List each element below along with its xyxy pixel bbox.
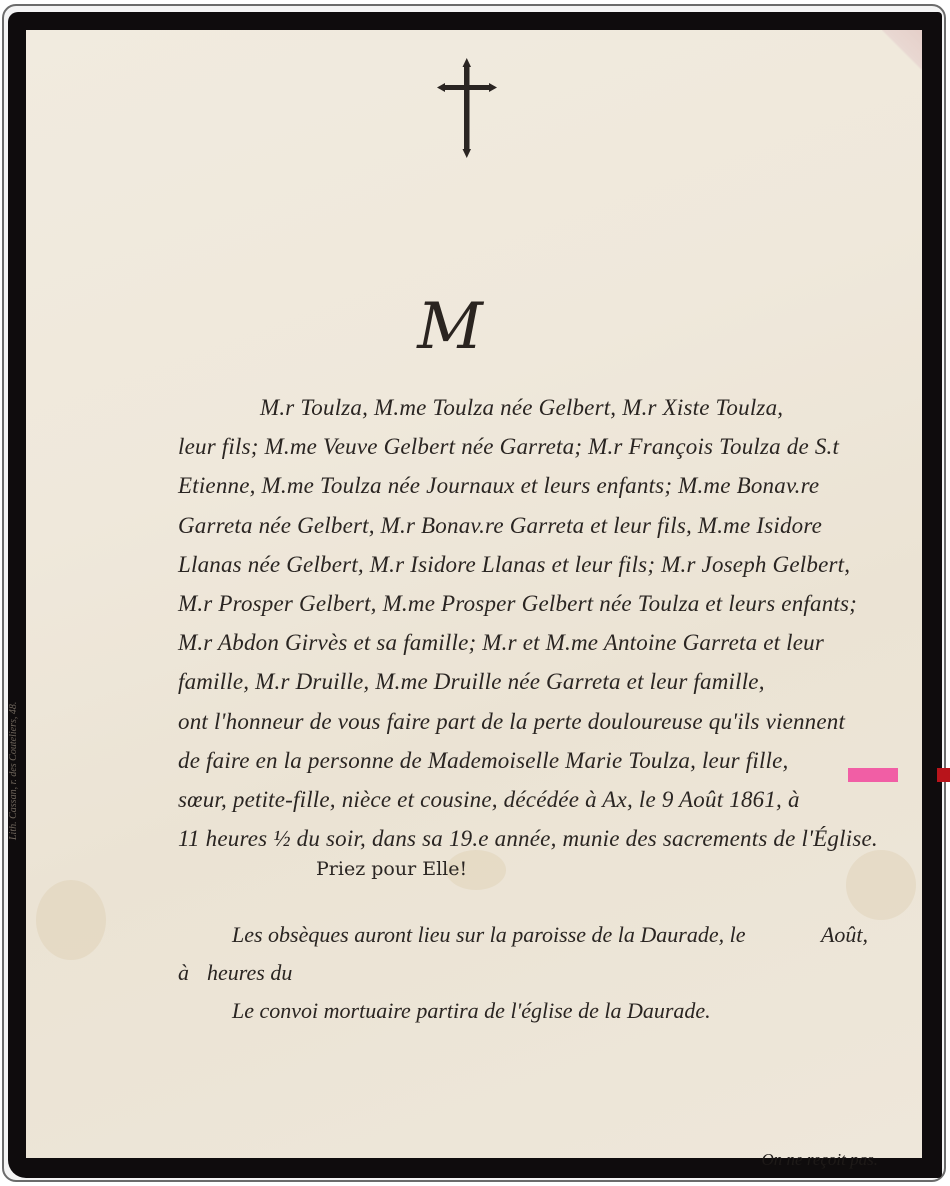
body-line: Garreta née Gelbert, M.r Bonav.re Garret… [178, 506, 878, 545]
funeral-details: Les obsèques auront lieu sur la paroisse… [178, 916, 868, 1030]
printer-imprint: Lith. Cassan, r. des Couteliers, 48. [8, 660, 28, 840]
body-line: Llanas née Gelbert, M.r Isidore Llanas e… [178, 545, 878, 584]
body-line: M.r Abdon Girvès et sa famille; M.r et M… [178, 623, 878, 662]
paper-stain [846, 850, 916, 920]
funeral-line-2: à heures du [178, 954, 868, 992]
pink-highlight-mark [848, 768, 898, 782]
monogram-m: M [390, 292, 510, 362]
funeral-month: Août, [821, 916, 868, 954]
paper-stain [36, 880, 106, 960]
body-line: Etienne, M.me Toulza née Journaux et leu… [178, 466, 878, 505]
funeral-line-1: Les obsèques auront lieu sur la paroisse… [178, 916, 868, 954]
notice-body: M.r Toulza, M.me Toulza née Gelbert, M.r… [178, 388, 878, 858]
body-line: 11 heures ½ du soir, dans sa 19.e année,… [178, 819, 878, 858]
funeral-hours: heures du [207, 954, 292, 992]
red-edge-mark [937, 768, 950, 782]
funeral-at: à [178, 954, 189, 992]
body-line: sœur, petite-fille, nièce et cousine, dé… [178, 780, 878, 819]
body-line: leur fils; M.me Veuve Gelbert née Garret… [178, 427, 878, 466]
body-line: de faire en la personne de Mademoiselle … [178, 741, 878, 780]
body-line: famille, M.r Druille, M.me Druille née G… [178, 662, 878, 701]
funeral-location-text: Les obsèques auront lieu sur la paroisse… [232, 916, 746, 954]
prayer-line: Priez pour Elle! [316, 858, 467, 880]
cross-icon [437, 58, 497, 158]
folded-corner [882, 30, 922, 70]
body-line: M.r Prosper Gelbert, M.me Prosper Gelber… [178, 584, 878, 623]
funeral-line-3: Le convoi mortuaire partira de l'église … [178, 992, 868, 1030]
footer-note: On ne reçoit pas. [762, 1150, 878, 1170]
body-line: M.r Toulza, M.me Toulza née Gelbert, M.r… [178, 388, 878, 427]
body-line: ont l'honneur de vous faire part de la p… [178, 702, 878, 741]
